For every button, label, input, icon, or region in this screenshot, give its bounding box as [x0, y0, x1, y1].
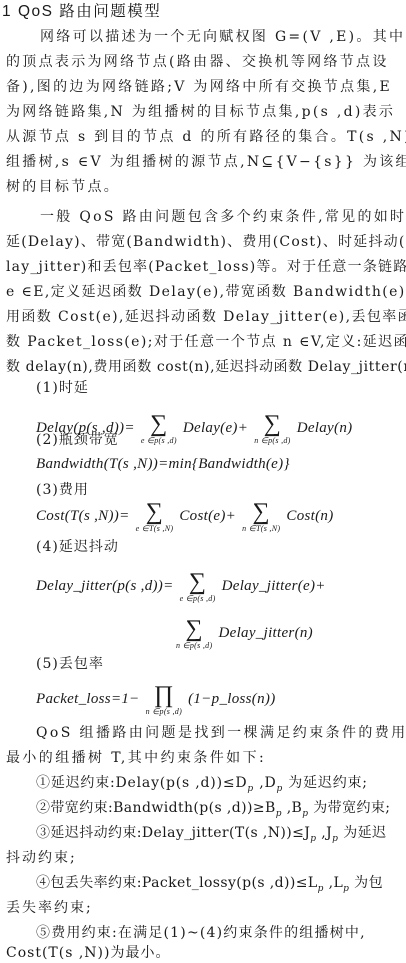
formula-lhs: Cost(T(s ,N))= — [36, 508, 130, 524]
formula-packet-loss: Packet_loss=1− ∏n ∈p(s ,d) (1−p_loss(n)) — [36, 683, 276, 716]
text-line: 备),图的边为网络链路;V 为网络中所有交换节点集,E — [6, 77, 406, 97]
constraint-cost: ⑤费用约束:在满足(1)~(4)约束条件的组播树中, — [36, 923, 406, 943]
metric-label-cost: (3)费用 — [36, 480, 406, 500]
text-line: 网络可以描述为一个无向赋权图 G=(V ,E)。其中图 — [40, 27, 406, 47]
formula-term: Delay_jitter(e)+ — [222, 578, 326, 594]
summation-symbol: ∑e ∈p(s ,d) — [180, 570, 216, 603]
formula-term: Cost(e)+ — [179, 508, 236, 524]
text-line: e ∈E,定义延迟函数 Delay(e),带宽函数 Bandwidth(e),费 — [6, 282, 406, 302]
text-line: 用函数 Cost(e),延迟抖动函数 Delay_jitter(e),丢包率函 — [6, 307, 406, 327]
section-title: QoS 路由问题模型 — [18, 3, 161, 20]
formula-bandwidth: Bandwidth(T(s ,N))=min{Bandwidth(e)} — [36, 456, 290, 473]
text-line: 延(Delay)、带宽(Bandwidth)、费用(Cost)、时延抖动(De- — [6, 232, 406, 252]
metric-label-delay: (1)时延 — [36, 378, 406, 398]
formula-term: Delay_jitter(n) — [218, 625, 312, 641]
formula-term: (1−p_loss(n)) — [188, 691, 275, 707]
text-line: 最小的组播树 T,其中约束条件如下: — [6, 748, 406, 768]
constraint-delay: ①延迟约束:Delay(p(s ,d))≤Dp ,Dp 为延迟约束; — [36, 773, 406, 799]
metric-label-bandwidth: (2)瓶颈带宽 — [36, 430, 406, 450]
text-line: QoS 组播路由问题是找到一棵满足约束条件的费用 — [36, 723, 406, 743]
constraint-delay-jitter-cont: 抖动约束; — [6, 848, 406, 868]
text-line: 数 delay(n),费用函数 cost(n),延迟抖动函数 Delay_jit… — [6, 357, 406, 377]
metric-label-packet-loss: (5)丢包率 — [36, 654, 406, 674]
formula-delay-jitter-line2: ∑n ∈p(s ,d) Delay_jitter(n) — [174, 617, 313, 650]
text-line: 的顶点表示为网络节点(路由器、交换机等网络节点设 — [6, 52, 406, 72]
summation-symbol: ∑e ∈T(s ,N) — [136, 500, 174, 533]
constraint-cost-cont: Cost(T(s ,N))为最小。 — [6, 943, 406, 963]
constraint-packet-loss-cont: 丢失率约束; — [6, 898, 406, 918]
formula-lhs: Delay_jitter(p(s ,d))= — [36, 578, 174, 594]
constraint-delay-jitter: ③延迟抖动约束:Delay_jitter(T(s ,N))≤Jp ,Jp 为延迟 — [36, 823, 406, 849]
formula-term: Cost(n) — [286, 508, 333, 524]
summation-symbol: ∑n ∈p(s ,d) — [176, 617, 212, 650]
formula-lhs: Packet_loss=1− — [36, 691, 140, 707]
constraint-packet-loss: ④包丢失率约束:Packet_lossy(p(s ,d))≤Lp ,Lp 为包 — [36, 873, 406, 899]
text-line: 树的目标节点。 — [6, 177, 406, 197]
constraint-bandwidth: ②带宽约束:Bandwidth(p(s ,d))≥Bp ,Bp 为带宽约束; — [36, 798, 406, 824]
text-line: 从源节点 s 到目的节点 d 的所有路径的集合。T(s ,N)为 — [6, 127, 406, 147]
section-number: 1 — [2, 3, 12, 20]
product-symbol: ∏n ∈p(s ,d) — [146, 683, 182, 716]
metric-label-delay-jitter: (4)延迟抖动 — [36, 537, 406, 557]
text-line: 组播树,s ∈V 为组播树的源节点,N⊆{V−{s}} 为该组播 — [6, 152, 406, 172]
formula-delay-jitter-line1: Delay_jitter(p(s ,d))= ∑e ∈p(s ,d) Delay… — [36, 570, 326, 603]
section-heading: 1 QoS 路由问题模型 — [2, 2, 406, 22]
text-line: 数 Packet_loss(e);对于任意一个节点 n ∈V,定义:延迟函 — [6, 332, 406, 352]
formula-cost: Cost(T(s ,N))= ∑e ∈T(s ,N) Cost(e)+ ∑n ∈… — [36, 500, 334, 533]
text-line: 一般 QoS 路由问题包含多个约束条件,常见的如时 — [40, 207, 406, 227]
text-line: lay_jitter)和丢包率(Packet_loss)等。对于任意一条链路 — [6, 257, 406, 277]
summation-symbol: ∑n ∈T(s ,N) — [242, 500, 280, 533]
text-line: 为网络链路集,N 为组播树的目标节点集,p(s ,d)表示 — [6, 102, 406, 122]
